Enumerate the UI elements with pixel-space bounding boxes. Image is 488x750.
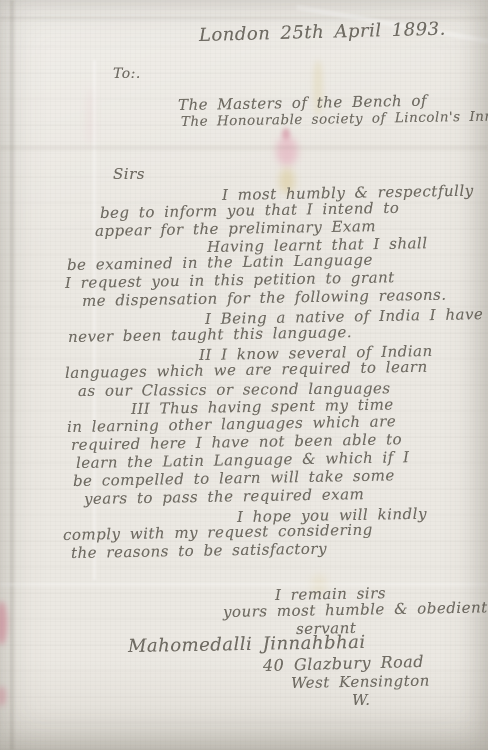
pink-stain bbox=[276, 136, 298, 166]
left-edge-fold bbox=[10, 0, 14, 750]
letter-line-addressee-1: The Honourable society of Lincoln's Inn bbox=[181, 111, 488, 130]
letter-paper: London 25th April 1893.To:.The Masters o… bbox=[0, 0, 488, 750]
edge-pink-mark-2 bbox=[0, 686, 6, 706]
letter-line-body-17: years to pass the required exam bbox=[84, 487, 365, 507]
letter-line-address-1: West Kensington bbox=[291, 674, 430, 691]
pink-stain-core bbox=[282, 128, 290, 140]
letter-line-to-label-0: To:. bbox=[113, 67, 141, 81]
letter-line-address-0: 40 Glazbury Road bbox=[263, 654, 424, 674]
letter-line-body-10: languages which we are required to learn bbox=[65, 360, 428, 381]
letter-line-signature-0: Mahomedalli Jinnahbhai bbox=[128, 634, 366, 656]
letter-line-address-2: W. bbox=[352, 693, 371, 708]
lower-fold-light bbox=[0, 583, 488, 586]
letter-line-body-20: the reasons to be satisfactory bbox=[71, 542, 327, 561]
letter-line-body-8: never been taught this language. bbox=[68, 325, 352, 345]
edge-pink-mark-1 bbox=[0, 601, 7, 645]
scan-frame: London 25th April 1893.To:.The Masters o… bbox=[0, 0, 488, 750]
letter-line-salutation-0: Sirs bbox=[113, 167, 145, 182]
letter-line-dateline-0: London 25th April 1893. bbox=[199, 21, 446, 45]
mid-crease bbox=[0, 146, 488, 149]
letter-line-closing-1: yours most humble & obedient bbox=[223, 600, 488, 620]
faint-pink-smear bbox=[86, 88, 95, 146]
